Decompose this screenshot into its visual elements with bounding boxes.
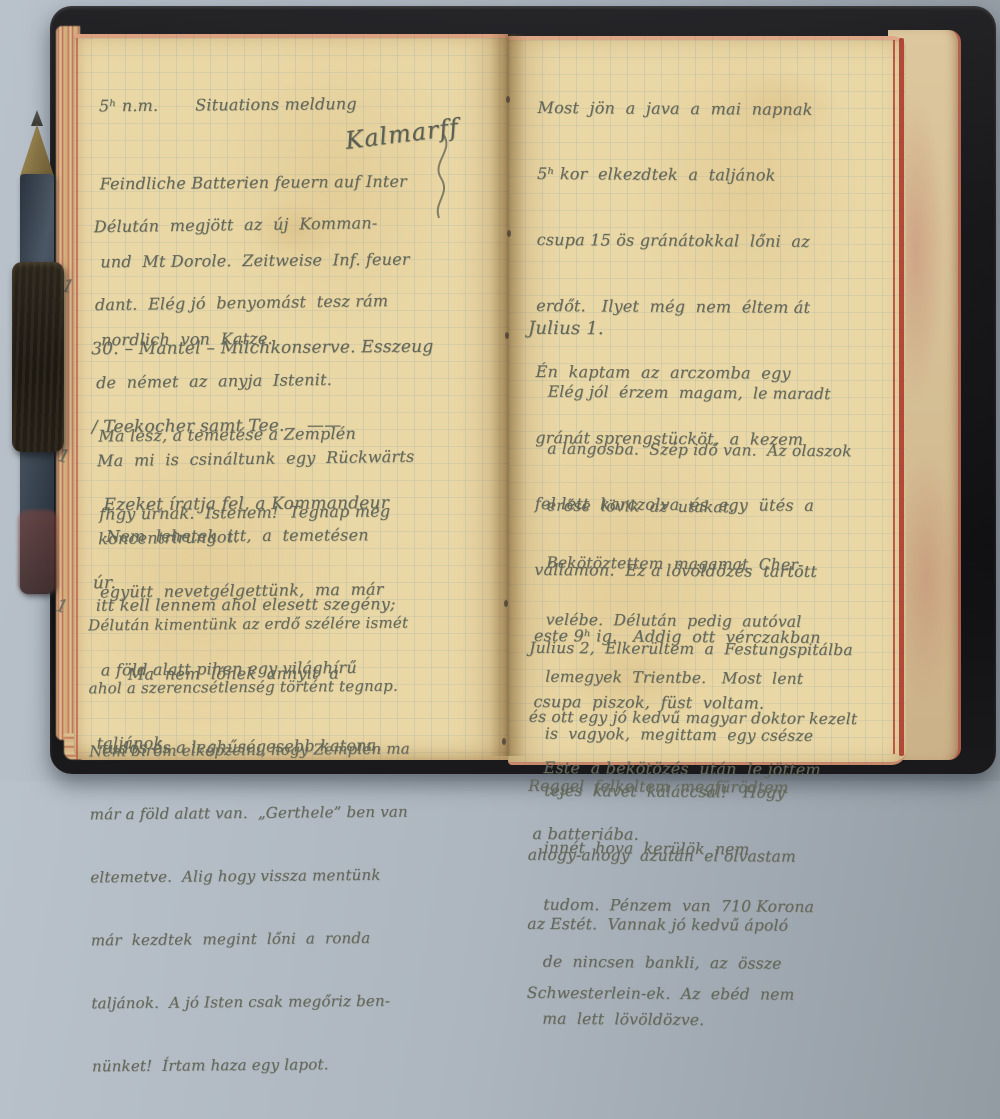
- pencil: [14, 110, 60, 590]
- handwriting-line: Délután kimentünk az erdő szélére ismét: [88, 613, 409, 637]
- handwriting-line: erőse lövik az utakat.: [547, 497, 852, 519]
- pencil-holder-loop: [12, 262, 64, 452]
- july1-heading: Julius 1.: [528, 316, 604, 342]
- pencil-lead-tip: [31, 110, 43, 126]
- handwriting-line: ahol a szerencsétlenség történt tegnap.: [89, 676, 410, 700]
- binding-stitch: [506, 96, 510, 103]
- handwriting-line: Bekötöztettem magamat Cher-: [546, 554, 851, 576]
- handwriting-line: 30. – Mantel – Milchkonserve. Esszeug: [91, 334, 433, 362]
- handwriting-line: a lángosba. Szép idő van. Az olaszok: [547, 440, 852, 462]
- handwriting-line: Nem bírom elképzelni, hogy Zemplén ma: [89, 739, 410, 763]
- handwriting-line: Elég jól érzem magam, le maradt: [548, 383, 853, 405]
- binding-stitch: [504, 600, 508, 607]
- binding-stitch: [507, 230, 511, 237]
- handwriting-line: Ma lesz, a temetése a Zemplén: [98, 420, 389, 449]
- handwriting-line: és ott egy jó kedvű magyar doktor kezelt: [529, 706, 858, 731]
- right-page-red-edge-stripe: [899, 38, 904, 756]
- forest-entry: Délután kimentünk az erdő szélére ismét …: [88, 571, 413, 781]
- pencil-wood-tip: [20, 124, 54, 176]
- handwriting-line: Délután megjött az új Komman-: [94, 210, 412, 240]
- right-page-red-edge-line: [893, 40, 895, 754]
- handwriting-line: Most jön a java a mai napnak: [537, 97, 825, 121]
- handwriting-line: 5ʰ kor elkezdtek a taljánok: [537, 163, 825, 187]
- july2-entry: Julius 2, Elkerültem a Festungspitálba é…: [526, 591, 858, 781]
- handwriting-line: Julius 2, Elkerültem a Festungspitálba: [529, 637, 858, 662]
- binding-stitch: [502, 738, 506, 745]
- handwriting-line: 5ʰ n.m. Situations meldung: [99, 91, 409, 120]
- diary-photo: 5ʰ n.m. Situations meldung Feindliche Ba…: [0, 0, 1000, 781]
- handwriting-line: Nem lehetek itt, a temetésen: [95, 523, 395, 548]
- pencil-red-smudge: [18, 510, 58, 594]
- handwriting-line: csupa 15 ös gránátokkal lőni az: [537, 229, 825, 253]
- binding-stitch: [505, 332, 509, 339]
- binding-gutter: [490, 34, 526, 756]
- handwriting-line: Reggel felkeltem megfürödtem: [528, 775, 857, 781]
- signature-flourish: [425, 132, 461, 220]
